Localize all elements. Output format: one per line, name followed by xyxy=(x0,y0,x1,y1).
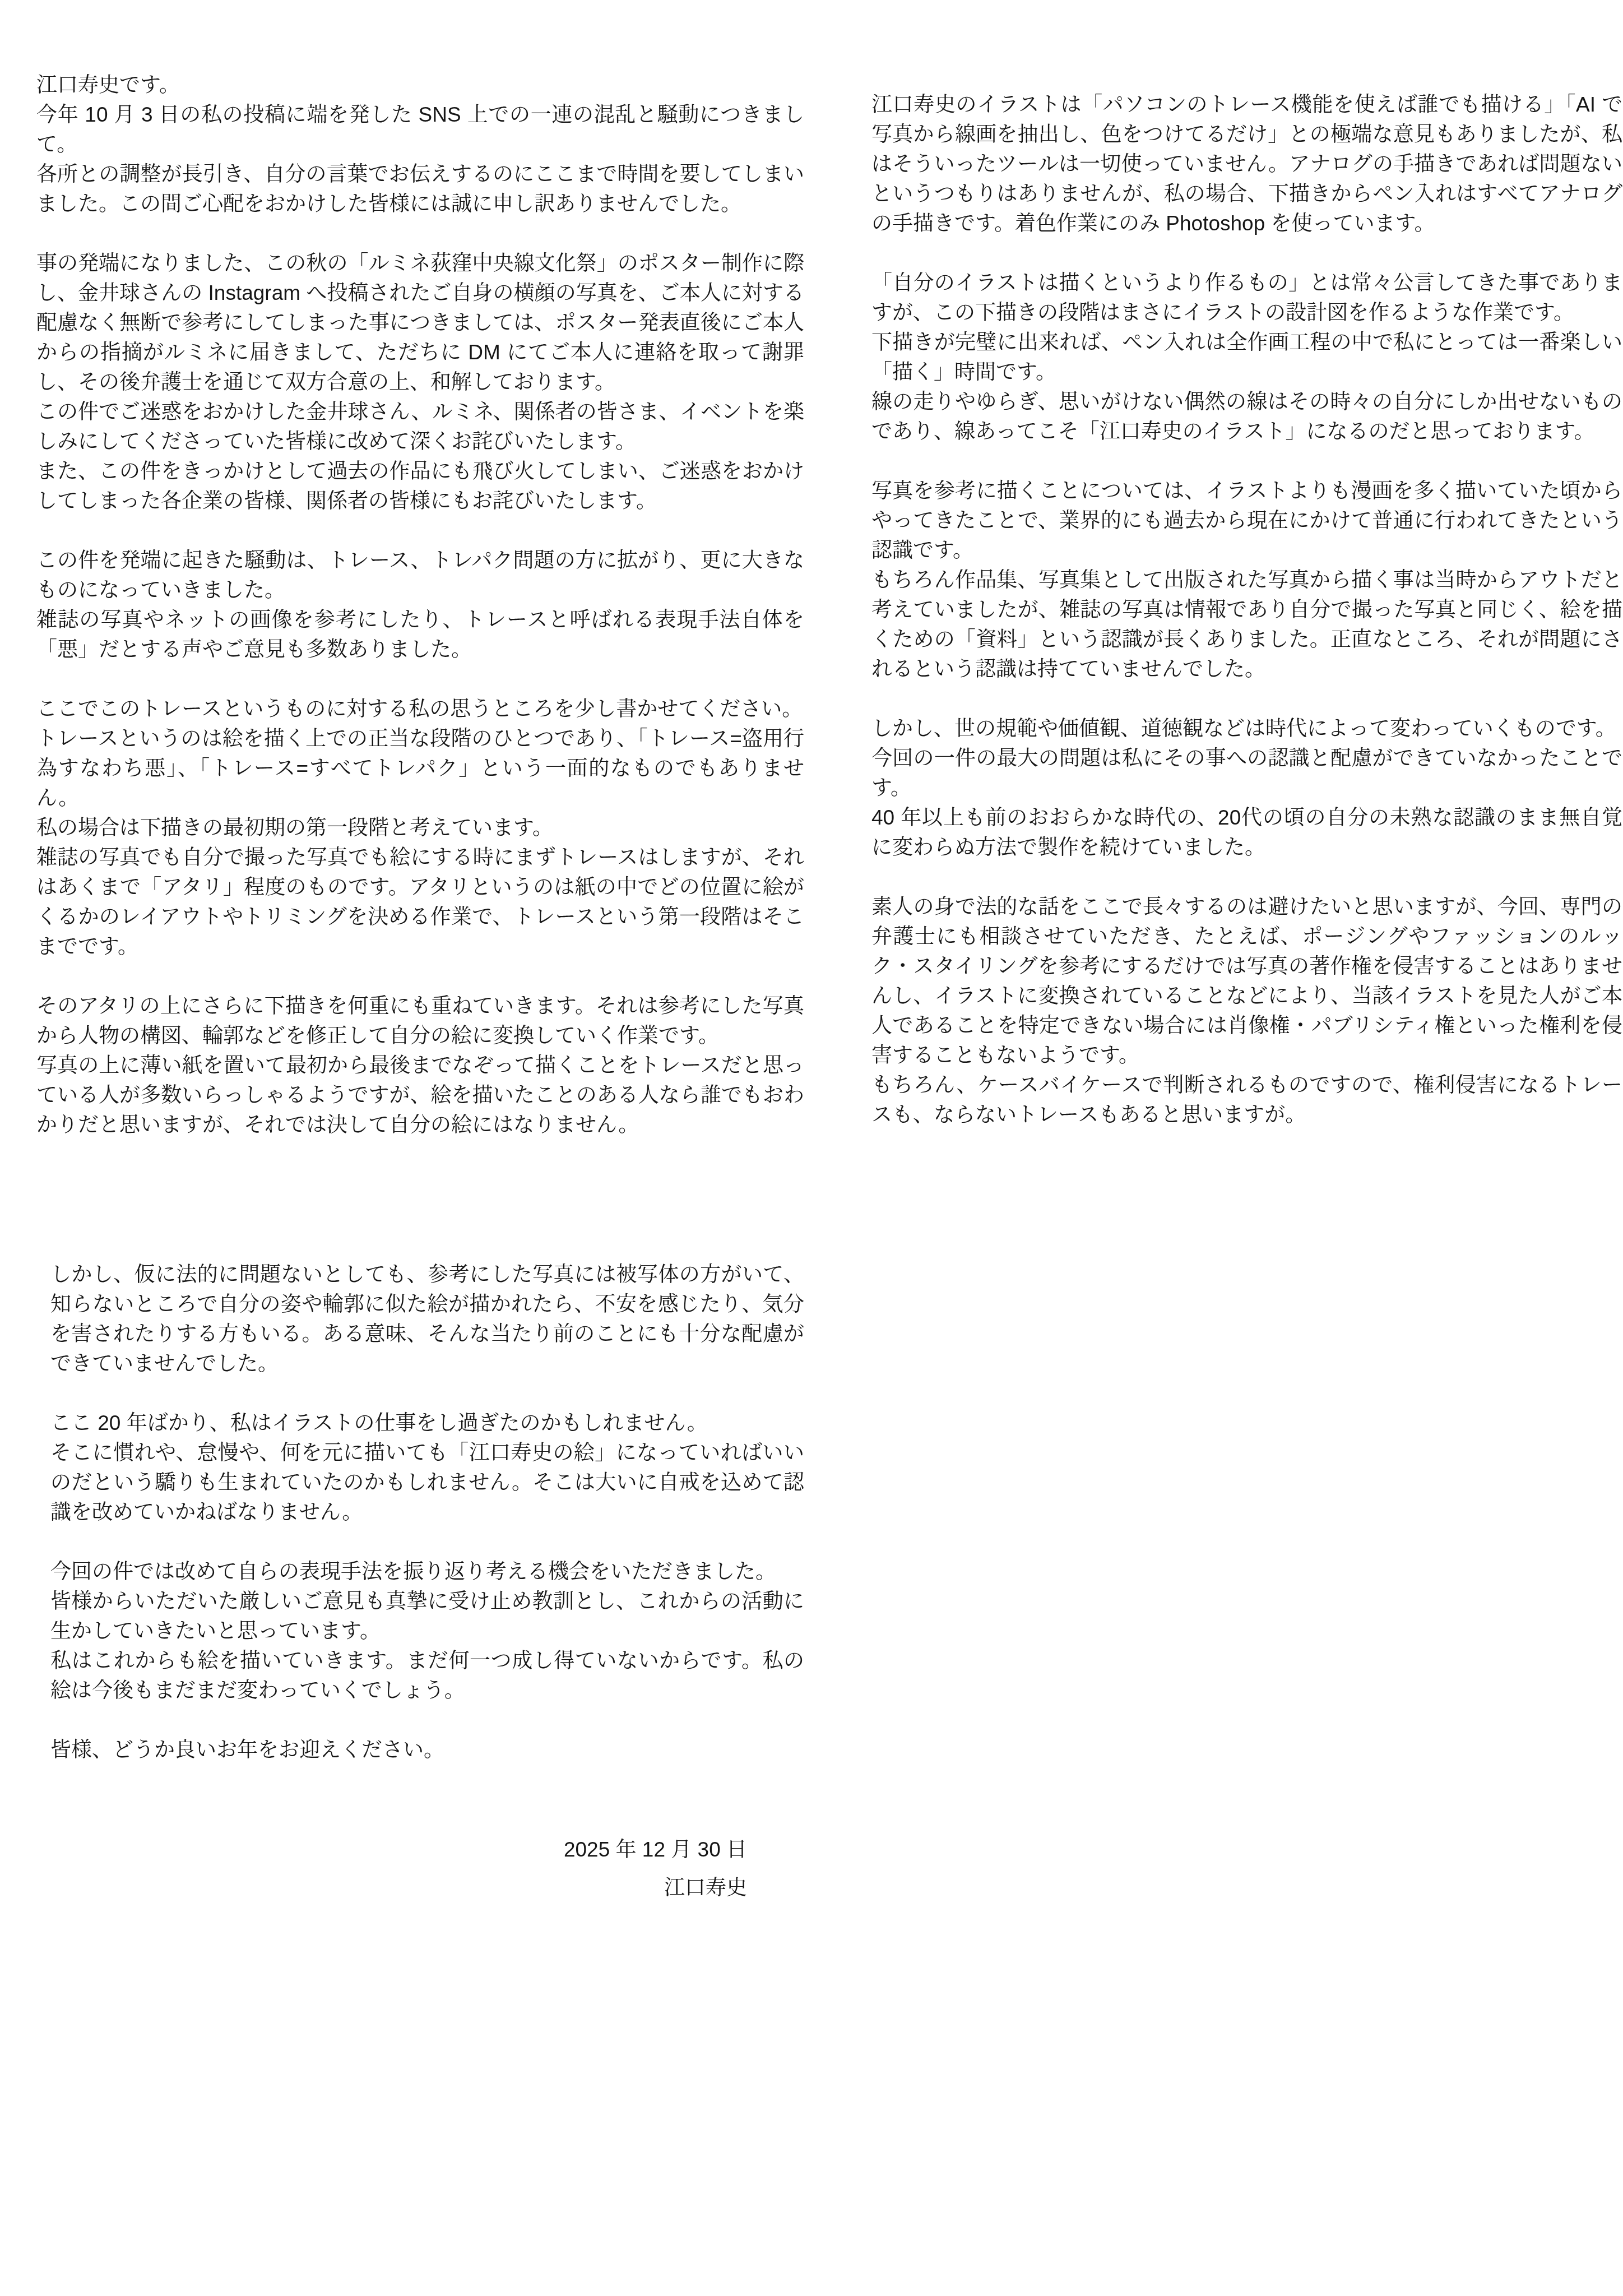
paragraph: 事の発端になりました、この秋の「ルミネ荻窪中央線文化祭」のポスター制作に際し、金… xyxy=(36,248,804,516)
paragraph: そのアタリの上にさらに下描きを何重にも重ねていきます。それは参考にした写真から人… xyxy=(36,991,804,1140)
paragraph: しかし、世の規範や価値観、道徳観などは時代によって変わっていくものです。 今回の… xyxy=(871,714,1622,862)
left-column-closing-section: しかし、仮に法的に問題ないとしても、参考にした写真には被写体の方がいて、知らない… xyxy=(50,1260,804,1765)
statement-date: 2025 年 12 月 30 日 xyxy=(36,1831,747,1869)
signoff-block: 2025 年 12 月 30 日 江口寿史 xyxy=(36,1831,747,1907)
paragraph: ここ 20 年ばかり、私はイラストの仕事をし過ぎたのかもしれません。 そこに慣れ… xyxy=(50,1408,804,1527)
paragraph: 写真を参考に描くことについては、イラストよりも漫画を多く描いていた頃からやってき… xyxy=(871,476,1622,684)
statement-page: 江口寿史です。 今年 10 月 3 日の私の投稿に端を発した SNS 上での一連… xyxy=(0,0,1623,2296)
paragraph: 「自分のイラストは描くというより作るもの」とは常々公言してきた事でありますが、こ… xyxy=(871,268,1622,446)
paragraph: 皆様、どうか良いお年をお迎えください。 xyxy=(50,1735,804,1765)
right-column-section: 江口寿史のイラストは「パソコンのトレース機能を使えば誰でも描ける」「AI で写真… xyxy=(871,90,1622,1130)
paragraph: この件を発端に起きた騒動は、トレース、トレパク問題の方に拡がり、更に大きなものに… xyxy=(36,545,804,664)
paragraph: しかし、仮に法的に問題ないとしても、参考にした写真には被写体の方がいて、知らない… xyxy=(50,1260,804,1378)
paragraph: 今回の件では改めて自らの表現手法を振り返り考える機会をいただきました。 皆様から… xyxy=(50,1557,804,1705)
paragraph: 江口寿史のイラストは「パソコンのトレース機能を使えば誰でも描ける」「AI で写真… xyxy=(871,90,1622,238)
paragraph: 素人の身で法的な話をここで長々するのは避けたいと思いますが、今回、専門の弁護士に… xyxy=(871,892,1622,1130)
left-column-main-section: 江口寿史です。 今年 10 月 3 日の私の投稿に端を発した SNS 上での一連… xyxy=(36,70,804,1140)
paragraph: ここでこのトレースというものに対する私の思うところを少し書かせてください。 トレ… xyxy=(36,694,804,961)
paragraph: 江口寿史です。 今年 10 月 3 日の私の投稿に端を発した SNS 上での一連… xyxy=(36,70,804,219)
author-signature: 江口寿史 xyxy=(36,1869,747,1907)
